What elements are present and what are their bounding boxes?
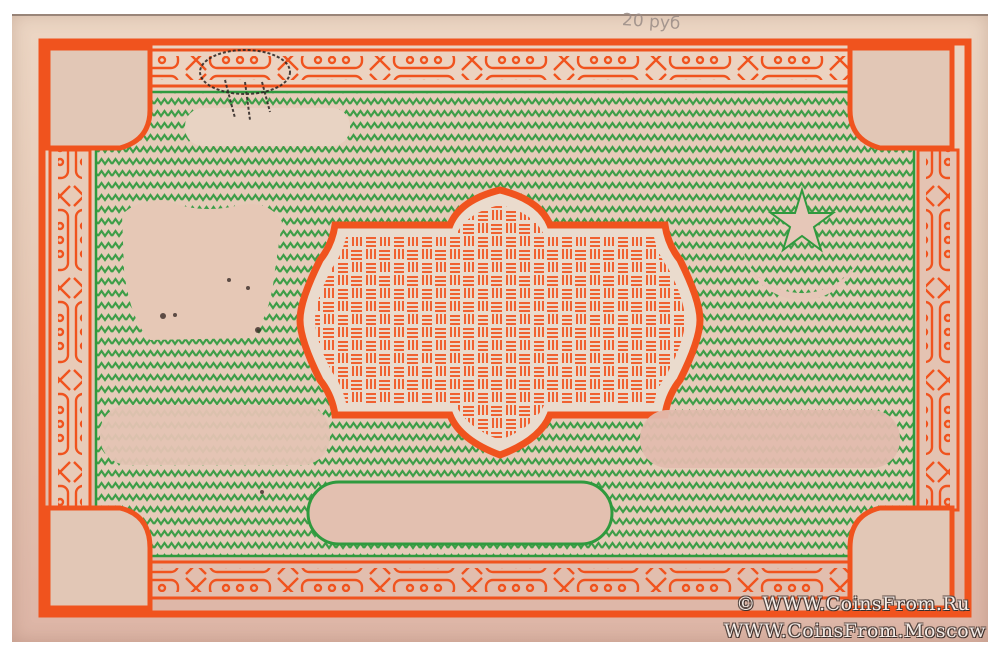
central-medallion [300,190,700,455]
watermark-line-2: WWW.CoinsFrom.Moscow [724,620,986,642]
watermark-line-1: © WWW.CoinsFrom.Ru [736,593,970,615]
bottom-oval-panel [308,482,612,544]
handwritten-note: 20 руб [621,10,681,34]
left-cartouche [122,200,282,340]
banknote-design [0,0,1000,654]
